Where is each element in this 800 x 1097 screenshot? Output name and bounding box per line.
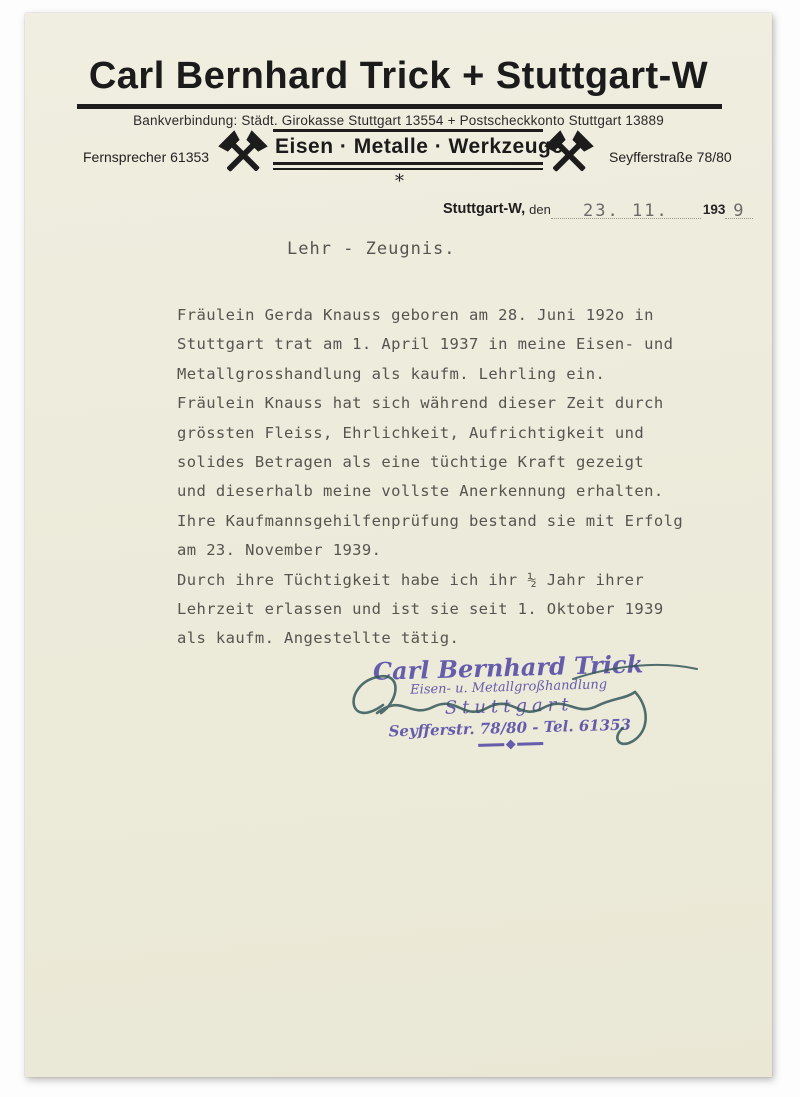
letter-paper: Carl Bernhard Trick + Stuttgart-W Bankve… <box>25 13 772 1077</box>
letter-heading: Lehr - Zeugnis. <box>287 239 456 259</box>
body-line: Fräulein Gerda Knauss geboren am 28. Jun… <box>177 301 737 330</box>
printed-year-prefix: 193 <box>703 202 726 219</box>
dateline-dotted-rule-short: 9 <box>725 198 753 219</box>
dateline: Stuttgart-W, den 23. 11. 193 9 <box>443 189 763 219</box>
phone-number: Fernsprecher 61353 <box>83 149 209 165</box>
dateline-den-label: den <box>529 202 551 219</box>
products-banner: Eisen · Metalle · Werkzeuge <box>273 129 543 170</box>
company-name: Carl Bernhard Trick + Stuttgart-W <box>25 55 772 98</box>
body-line: als kaufm. Angestellte tätig. <box>177 624 737 653</box>
body-line: am 23. November 1939. <box>177 536 737 565</box>
products-banner-text: Eisen · Metalle · Werkzeuge <box>273 132 543 161</box>
typed-day-month: 23. 11. <box>583 201 669 221</box>
asterisk-mark: * <box>395 171 404 192</box>
body-line: Stuttgart trat am 1. April 1937 in meine… <box>177 330 737 359</box>
body-line: Metallgrosshandlung als kaufm. Lehrling … <box>177 360 737 389</box>
company-stamp: Carl Bernhard Trick Eisen- u. Metallgroß… <box>368 649 651 752</box>
banner-rule-bottom-1 <box>273 162 543 165</box>
body-line: solides Betragen als eine tüchtige Kraft… <box>177 448 737 477</box>
scan-background: Carl Bernhard Trick + Stuttgart-W Bankve… <box>0 0 800 1097</box>
body-line: und dieserhalb meine vollste Anerkennung… <box>177 477 737 506</box>
body-line: grössten Fleiss, Ehrlichkeit, Aufrichtig… <box>177 419 737 448</box>
body-line: Fräulein Knauss hat sich während dieser … <box>177 389 737 418</box>
body-line: Ihre Kaufmannsgehilfenprüfung bestand si… <box>177 507 737 536</box>
body-line: Durch ihre Tüchtigkeit habe ich ihr ½ Ja… <box>177 566 737 595</box>
crossed-hammers-icon <box>541 127 597 183</box>
dateline-place: Stuttgart-W, <box>443 201 525 219</box>
street-address: Seyfferstraße 78/80 <box>609 149 732 165</box>
body-line: Lehrzeit erlassen und ist sie seit 1. Ok… <box>177 595 737 624</box>
crossed-hammers-icon <box>215 127 271 183</box>
title-underline <box>77 104 722 109</box>
typed-year-digit: 9 <box>733 201 745 221</box>
dateline-dotted-rule: 23. 11. <box>551 198 701 219</box>
banner-rule-bottom-2 <box>273 168 543 170</box>
letter-body: Fräulein Gerda Knauss geboren am 28. Jun… <box>177 301 737 654</box>
